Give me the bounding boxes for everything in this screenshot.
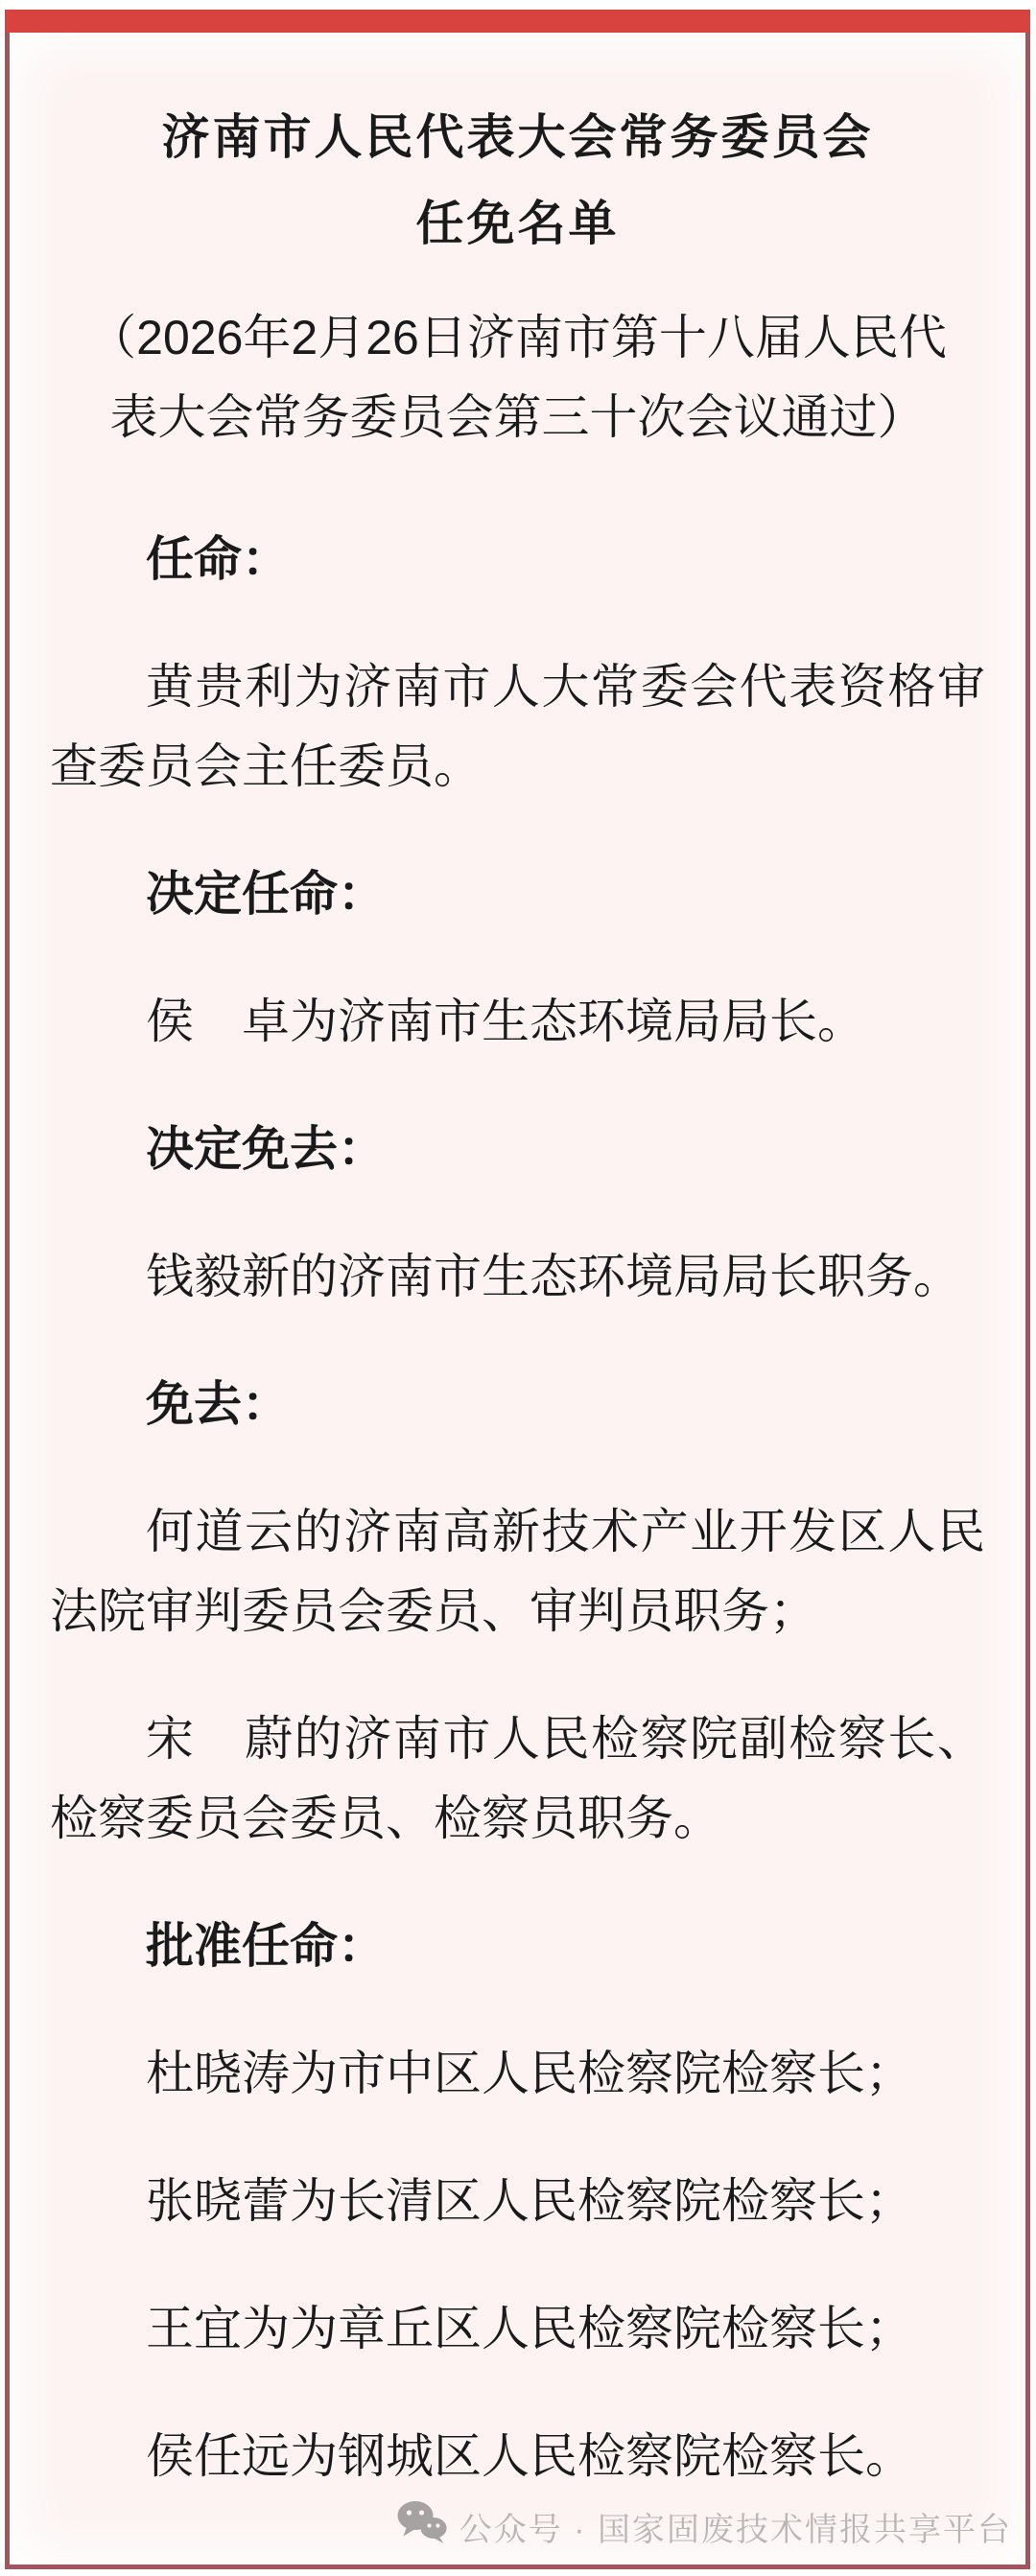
section-heading: 批准任命：	[50, 1907, 985, 1986]
top-accent-bar	[5, 10, 1030, 33]
removal-item: 何道云的济南高新技术产业开发区人民法院审判委员会委员、审判员职务；	[50, 1492, 985, 1651]
section-decide-remove: 决定免去： 钱毅新的济南市生态环境局局长职务。	[50, 1110, 985, 1317]
document-card: 济南市人民代表大会常务委员会 任免名单 （2026年2月26日济南市第十八届人民…	[5, 33, 1030, 2569]
removal-item: 宋 蔚的济南市人民检察院副检察长、检察委员会委员、检察员职务。	[50, 1699, 985, 1859]
document-title-line2: 任免名单	[50, 180, 985, 267]
appointment-item: 杜晓涛为市中区人民检察院检察长；	[50, 2034, 985, 2114]
section-heading: 免去：	[50, 1365, 985, 1444]
wechat-icon	[396, 2500, 448, 2553]
section-decide-appoint: 决定任命： 侯 卓为济南市生态环境局局长。	[50, 855, 985, 1062]
watermark-text: 公众号 · 国家固废技术情报共享平台	[459, 2503, 1012, 2550]
section-heading: 决定免去：	[50, 1110, 985, 1189]
appointment-item: 侯任远为钢城区人民检察院检察长。	[50, 2417, 985, 2496]
section-approve-appoint: 批准任命： 杜晓涛为市中区人民检察院检察长； 张晓蕾为长清区人民检察院检察长； …	[50, 1907, 985, 2496]
appointment-item: 侯 卓为济南市生态环境局局长。	[50, 982, 985, 1062]
section-heading: 决定任命：	[50, 855, 985, 934]
section-appoint: 任命： 黄贵利为济南市人大常委会代表资格审查委员会主任委员。	[50, 520, 985, 807]
meeting-note: （2026年2月26日济南市第十八届人民代表大会常务委员会第三十次会议通过）	[72, 298, 964, 457]
document-title-line1: 济南市人民代表大会常务委员会	[50, 94, 985, 180]
appointment-item: 黄贵利为济南市人大常委会代表资格审查委员会主任委员。	[50, 647, 985, 807]
section-heading: 任命：	[50, 520, 985, 599]
section-remove: 免去： 何道云的济南高新技术产业开发区人民法院审判委员会委员、审判员职务； 宋 …	[50, 1365, 985, 1859]
watermark: 公众号 · 国家固废技术情报共享平台	[396, 2500, 1012, 2553]
appointment-item: 王宜为为章丘区人民检察院检察长；	[50, 2289, 985, 2369]
removal-item: 钱毅新的济南市生态环境局局长职务。	[50, 1237, 985, 1317]
appointment-item: 张晓蕾为长清区人民检察院检察长；	[50, 2162, 985, 2241]
